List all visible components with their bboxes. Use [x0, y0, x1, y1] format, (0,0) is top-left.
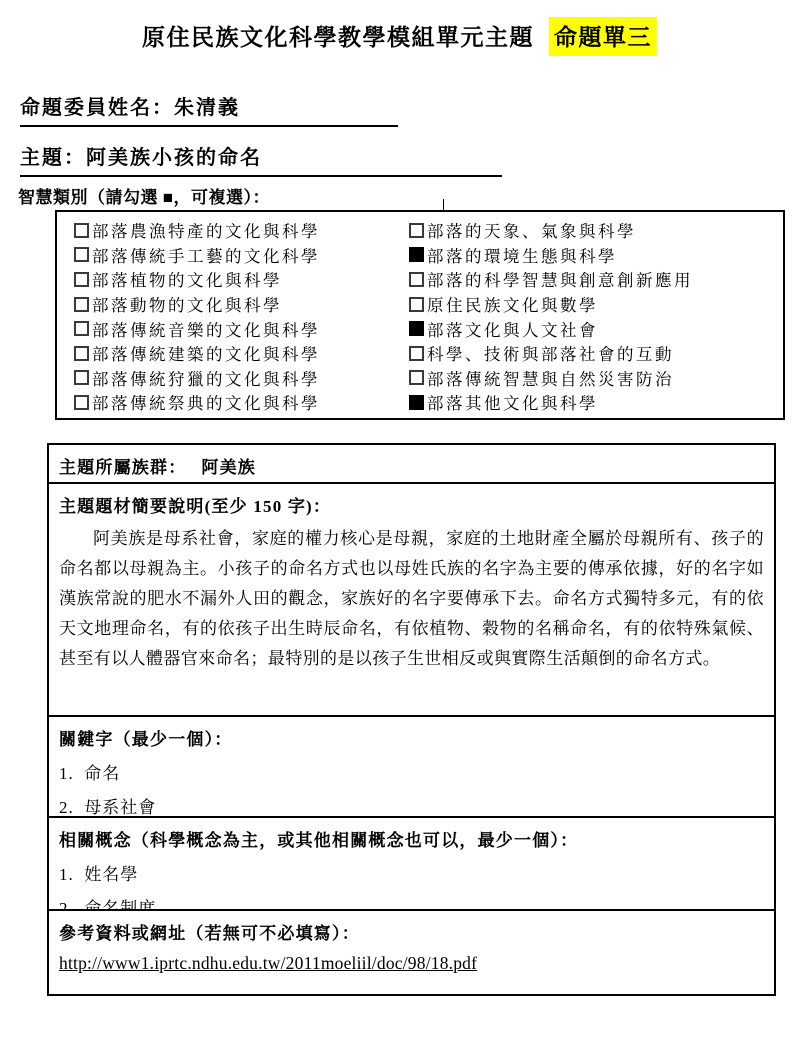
- checkbox-icon: [74, 370, 89, 385]
- checkbox-icon: [74, 247, 89, 262]
- checkbox-label: 部落傳統手工藝的文化科學: [92, 243, 320, 267]
- checkbox-icon: [409, 223, 424, 238]
- ethnic-group-row: 主題所屬族群：阿美族: [49, 445, 774, 482]
- reference-row: 參考資料或網址（若無可不必填寫）： http://www1.iprtc.ndhu…: [49, 909, 774, 994]
- keyword-item: 1. 命名: [59, 759, 764, 784]
- checkbox-label: 部落植物的文化與科學: [92, 267, 282, 291]
- checkbox-item[interactable]: 部落動物的文化與科學: [74, 292, 320, 317]
- document-title-row: 原住民族文化科學教學模組單元主題命題單三: [0, 17, 799, 56]
- category-section-label: 智慧類別（請勾選 ■，可複選）：: [18, 183, 270, 208]
- checkbox-item[interactable]: 部落植物的文化與科學: [74, 267, 320, 292]
- checkbox-item[interactable]: 部落其他文化與科學: [409, 390, 693, 415]
- checkbox-icon: [74, 395, 89, 410]
- checkbox-icon: [409, 370, 424, 385]
- table-divider-tick: [443, 199, 444, 210]
- description-text: 阿美族是母系社會，家庭的權力核心是母親，家庭的土地財產全屬於母親所有、孩子的命名…: [59, 524, 764, 674]
- checkbox-label: 部落農漁特產的文化與科學: [92, 218, 320, 242]
- checkbox-icon: [74, 321, 89, 336]
- checkbox-icon: [409, 321, 424, 336]
- checkbox-icon: [74, 346, 89, 361]
- checkbox-icon: [74, 223, 89, 238]
- topic-label: 主題：: [20, 147, 86, 169]
- checkbox-item[interactable]: 部落傳統狩獵的文化與科學: [74, 366, 320, 391]
- checkbox-label: 部落的天象、氣象與科學: [427, 218, 636, 242]
- checkbox-item[interactable]: 部落的科學智慧與創意創新應用: [409, 267, 693, 292]
- keywords-label: 關鍵字（最少一個）：: [59, 725, 764, 750]
- title-highlight-badge: 命題單三: [549, 17, 657, 56]
- topic-value: 阿美族小孩的命名: [86, 147, 262, 169]
- checkbox-item[interactable]: 原住民族文化與數學: [409, 292, 693, 317]
- topic-detail-table: 主題所屬族群：阿美族 主題題材簡要說明(至少 150 字)： 阿美族是母系社會，…: [47, 443, 776, 996]
- checkbox-label: 部落傳統智慧與自然災害防治: [427, 366, 674, 390]
- concept-item: 2. 命名制度: [59, 894, 764, 909]
- checkbox-icon: [409, 272, 424, 287]
- checkbox-label: 部落動物的文化與科學: [92, 292, 282, 316]
- keywords-row: 關鍵字（最少一個）： 1. 命名 2. 母系社會: [49, 715, 774, 816]
- checkbox-item[interactable]: 科學、技術與部落社會的互動: [409, 341, 693, 366]
- ethnic-group-value: 阿美族: [201, 458, 256, 477]
- checkbox-label: 部落的環境生態與科學: [427, 243, 617, 267]
- checkbox-column-left: 部落農漁特產的文化與科學 部落傳統手工藝的文化科學 部落植物的文化與科學 部落動…: [74, 218, 320, 415]
- concept-item: 1. 姓名學: [59, 860, 764, 885]
- checkbox-item[interactable]: 部落文化與人文社會: [409, 316, 693, 341]
- committee-name-field: 命題委員姓名：朱清義: [20, 91, 398, 127]
- description-row: 主題題材簡要說明(至少 150 字)： 阿美族是母系社會，家庭的權力核心是母親，…: [49, 482, 774, 715]
- checkbox-label: 部落傳統祭典的文化與科學: [92, 390, 320, 414]
- reference-url-line: http://www1.iprtc.ndhu.edu.tw/2011moelii…: [59, 953, 764, 974]
- checkbox-icon: [409, 247, 424, 262]
- concepts-row: 相關概念（科學概念為主，或其他相關概念也可以，最少一個）： 1. 姓名學 2. …: [49, 816, 774, 909]
- reference-url-link[interactable]: http://www1.iprtc.ndhu.edu.tw/2011moelii…: [59, 953, 477, 973]
- description-label: 主題題材簡要說明(至少 150 字)：: [59, 492, 764, 517]
- checkbox-column-right: 部落的天象、氣象與科學 部落的環境生態與科學 部落的科學智慧與創意創新應用 原住…: [409, 218, 693, 415]
- checkbox-icon: [74, 297, 89, 312]
- checkbox-label: 部落文化與人文社會: [427, 317, 598, 341]
- checkbox-item[interactable]: 部落的天象、氣象與科學: [409, 218, 693, 243]
- checkbox-icon: [409, 346, 424, 361]
- checkbox-label: 部落傳統建築的文化與科學: [92, 341, 320, 365]
- category-checkbox-table: 部落農漁特產的文化與科學 部落傳統手工藝的文化科學 部落植物的文化與科學 部落動…: [55, 210, 785, 420]
- checkbox-item[interactable]: 部落傳統手工藝的文化科學: [74, 243, 320, 268]
- page-title: 原住民族文化科學教學模組單元主題: [142, 25, 534, 50]
- checkbox-icon: [74, 272, 89, 287]
- checkbox-item[interactable]: 部落傳統智慧與自然災害防治: [409, 366, 693, 391]
- checkbox-label: 原住民族文化與數學: [427, 292, 598, 316]
- concepts-label: 相關概念（科學概念為主，或其他相關概念也可以，最少一個）：: [59, 826, 764, 851]
- checkbox-label: 部落傳統音樂的文化與科學: [92, 317, 320, 341]
- checkbox-item[interactable]: 部落傳統祭典的文化與科學: [74, 390, 320, 415]
- committee-name-value: 朱清義: [174, 97, 240, 119]
- checkbox-label: 部落其他文化與科學: [427, 390, 598, 414]
- checkbox-item[interactable]: 部落農漁特產的文化與科學: [74, 218, 320, 243]
- reference-label: 參考資料或網址（若無可不必填寫）：: [59, 919, 764, 944]
- checkbox-icon: [409, 395, 424, 410]
- checkbox-icon: [409, 297, 424, 312]
- keyword-item: 2. 母系社會: [59, 793, 764, 816]
- checkbox-item[interactable]: 部落傳統音樂的文化與科學: [74, 316, 320, 341]
- ethnic-group-label: 主題所屬族群：: [59, 458, 186, 477]
- checkbox-label: 部落的科學智慧與創意創新應用: [427, 267, 693, 291]
- checkbox-item[interactable]: 部落傳統建築的文化與科學: [74, 341, 320, 366]
- topic-field: 主題：阿美族小孩的命名: [20, 141, 502, 177]
- committee-name-label: 命題委員姓名：: [20, 97, 174, 119]
- checkbox-label: 部落傳統狩獵的文化與科學: [92, 366, 320, 390]
- checkbox-label: 科學、技術與部落社會的互動: [427, 341, 674, 365]
- checkbox-item[interactable]: 部落的環境生態與科學: [409, 243, 693, 268]
